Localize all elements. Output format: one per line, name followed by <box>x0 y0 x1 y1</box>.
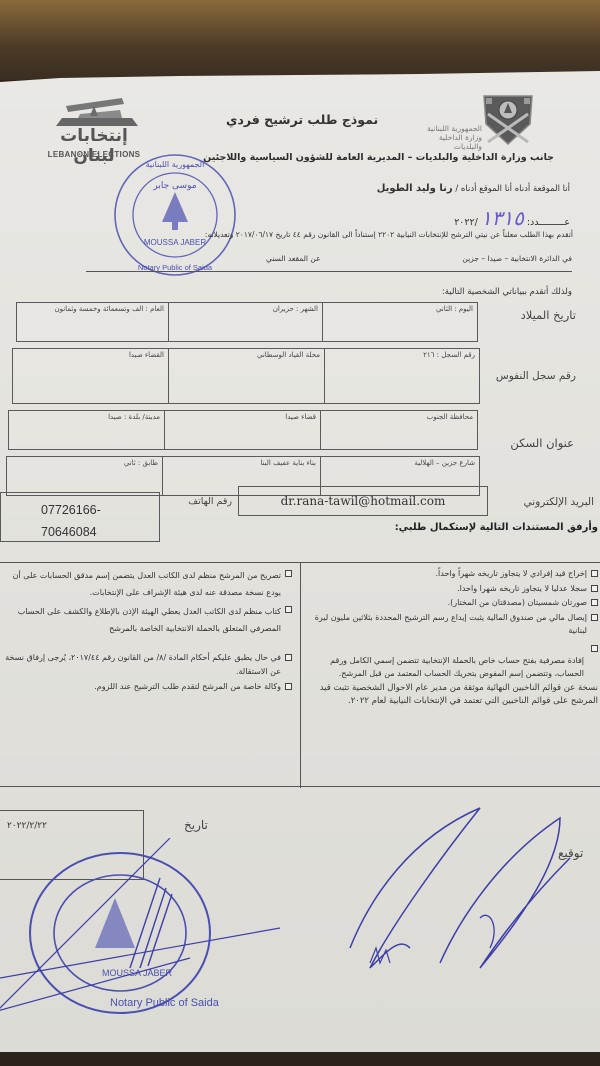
district-cell: قضاء صيدا <box>164 410 320 450</box>
attachment-text: وكالة خاصة من المرشح لتقدم طلب الترشيح ع… <box>0 680 281 694</box>
background-surface <box>0 0 600 80</box>
attachments-table: إخراج قيد إفرادي لا يتجاوز تاريخه شهراً … <box>0 562 600 787</box>
form-title: نموذج طلب ترشيح فردي <box>226 112 378 127</box>
address-label: عنوان السكن <box>474 436 574 450</box>
checkbox[interactable] <box>285 654 292 661</box>
birth-day-cell: اليوم : الثاني <box>322 302 478 342</box>
column-divider <box>300 563 301 788</box>
attachment-text: تصريح من المرشح منظم لدى الكاتب العدل يت… <box>0 567 281 601</box>
phone-label: رقم الهاتف <box>176 496 232 507</box>
floor-cell: طابق : ثاني <box>6 456 162 496</box>
attachment-text: إفادة مصرفية بفتح حساب خاص بالحملة الإنت… <box>308 654 584 681</box>
attachments-right-column: إخراج قيد إفرادي لا يتجاوز تاريخه شهراً … <box>308 567 598 710</box>
attachment-item: في حال يطبق عليكم أحكام المادة /٨/ من ال… <box>0 651 292 678</box>
electoral-district: في الدائرة الانتخابية – صيدا – جزين <box>462 254 572 263</box>
birth-year-cell: العام : الف وتسعمائة وخمسة وثمانون <box>16 302 168 342</box>
applicant-line: أنا الموقعة أدناه أنا الموقع أدناه / رنا… <box>240 183 570 194</box>
ministry-emblem-icon <box>480 90 536 150</box>
attachment-item: كتاب منظم لدى الكاتب العدل يعطي الهيئة ا… <box>0 603 292 637</box>
attachment-item: نسخة عن قوائم الناخبين النهائية موثقة من… <box>308 682 598 709</box>
candidate-signature <box>330 798 590 978</box>
birth-date-label: تاريخ الميلاد <box>476 308 576 322</box>
background-surface-bottom <box>0 1050 600 1066</box>
checkbox[interactable] <box>285 683 292 690</box>
address-row-1: محافظة الجنوب قضاء صيدا مدينة/ بلدة : صي… <box>8 410 478 450</box>
ministry-line-2: وزارة الداخلية <box>412 133 482 142</box>
attachment-text: إخراج قيد إفرادي لا يتجاوز تاريخه شهراً … <box>308 567 587 581</box>
governorate-cell: محافظة الجنوب <box>320 410 478 450</box>
number-year: /٢٠٢٢ <box>454 217 478 228</box>
attachment-item: وكالة خاصة من المرشح لتقدم طلب الترشيح ع… <box>0 680 292 694</box>
phone-field: 07726166- 70646084 <box>0 492 160 542</box>
seat: عن المقعد السني <box>266 254 321 263</box>
request-statement: أتقدم بهذا الطلب معلناً عن نيتي الترشح ل… <box>8 230 573 239</box>
date-value: ٢٠٢٢/٢/٢٢ <box>7 821 47 831</box>
checkbox[interactable] <box>591 570 598 577</box>
attachment-item: تصريح من المرشح منظم لدى الكاتب العدل يت… <box>0 567 292 601</box>
checkbox[interactable] <box>285 606 292 613</box>
ministry-line-1: الجمهورية اللبنانية <box>412 124 482 133</box>
attachments-title: وأرفق المستندات التالية لإستكمال طلبي: <box>340 522 598 533</box>
attachment-item: سجلا عدليا لا يتجاوز تاريخه شهرا واحدا. <box>308 582 598 596</box>
candidacy-form-page: نموذج طلب ترشيح فردي إنتخابات لبنان LEBA… <box>0 68 600 1052</box>
applicant-name: رنا وليد الطويل <box>377 183 453 194</box>
checkbox[interactable] <box>591 599 598 606</box>
attachments-left-column: تصريح من المرشح منظم لدى الكاتب العدل يت… <box>0 567 292 695</box>
stamp-english-name: MOUSSA JABER <box>144 238 206 247</box>
reference-number-line: عـــــــــدد: ١٣١٥ /٢٠٢٢ <box>300 206 570 230</box>
ballot-box-icon <box>38 96 150 128</box>
stamp-arabic-top: الجمهورية اللبنانية <box>146 160 205 169</box>
attachment-text: إيصال مالي من صندوق المالية يثبت إيداع ر… <box>308 611 587 638</box>
checkbox[interactable] <box>591 645 598 652</box>
personal-details-intro: ولذلك أتقدم ببياناتي الشخصية التالية: <box>250 287 572 297</box>
attachment-item: إيصال مالي من صندوق المالية يثبت إيداع ر… <box>308 611 598 638</box>
registry-locality-cell: محلة القياد الوسطاني <box>168 348 324 404</box>
attachment-item <box>308 642 598 652</box>
registry-number-cell: رقم السجل : ٢١٦ <box>324 348 480 404</box>
attachment-text: كتاب منظم لدى الكاتب العدل يعطي الهيئة ا… <box>0 603 281 637</box>
attachment-text: صورتان شمسيتان (مصدقتان من المختار). <box>308 596 587 610</box>
registry-district-cell: القضاء صيدا <box>12 348 168 404</box>
notary-stamp-bottom: Notary Public of Saida MOUSSA JABER <box>0 838 290 1028</box>
birth-date-row: اليوم : الثاني الشهر : حزيران العام : ال… <box>16 302 478 342</box>
attachment-item: إخراج قيد إفرادي لا يتجاوز تاريخه شهراً … <box>308 567 598 581</box>
email-label: البريد الإلكتروني <box>494 496 594 508</box>
phone-line-2: 70646084 <box>41 521 159 543</box>
checkbox[interactable] <box>591 614 598 621</box>
attachment-text: نسخة عن قوائم الناخبين النهائية موثقة من… <box>308 682 598 709</box>
date-label: تاريخ <box>184 818 208 832</box>
number-label: عـــــــــدد: <box>527 217 570 228</box>
city-cell: مدينة/ بلدة : صيدا <box>8 410 164 450</box>
stamp-arabic-name: موسى جابر <box>152 181 196 191</box>
stamp-bottom-english: Notary Public of Saida <box>110 997 220 1009</box>
phone-line-1: 07726166- <box>41 499 159 521</box>
attachment-item: صورتان شمسيتان (مصدقتان من المختار). <box>308 596 598 610</box>
checkbox[interactable] <box>591 585 598 592</box>
civil-registry-label: رقم سجل النفوس <box>476 370 576 382</box>
attachment-text: في حال يطبق عليكم أحكام المادة /٨/ من ال… <box>0 651 281 678</box>
civil-registry-row: رقم السجل : ٢١٦ محلة القياد الوسطاني الق… <box>12 348 480 404</box>
district-line: في الدائرة الانتخابية – صيدا – جزين عن ا… <box>86 254 572 272</box>
email-field: dr.rana-tawil@hotmail.com <box>238 486 488 516</box>
attachment-text: سجلا عدليا لا يتجاوز تاريخه شهرا واحدا. <box>308 582 587 596</box>
handwritten-number: ١٣١٥ <box>481 206 524 230</box>
ministry-name: الجمهورية اللبنانية وزارة الداخلية والبل… <box>412 124 482 151</box>
applicant-prefix: أنا الموقعة أدناه أنا الموقع أدناه / <box>455 184 570 194</box>
checkbox[interactable] <box>285 570 292 577</box>
attachment-item: إفادة مصرفية بفتح حساب خاص بالحملة الإنت… <box>308 654 598 681</box>
ministry-line-3: والبلديات <box>412 142 482 151</box>
birth-month-cell: الشهر : حزيران <box>168 302 322 342</box>
